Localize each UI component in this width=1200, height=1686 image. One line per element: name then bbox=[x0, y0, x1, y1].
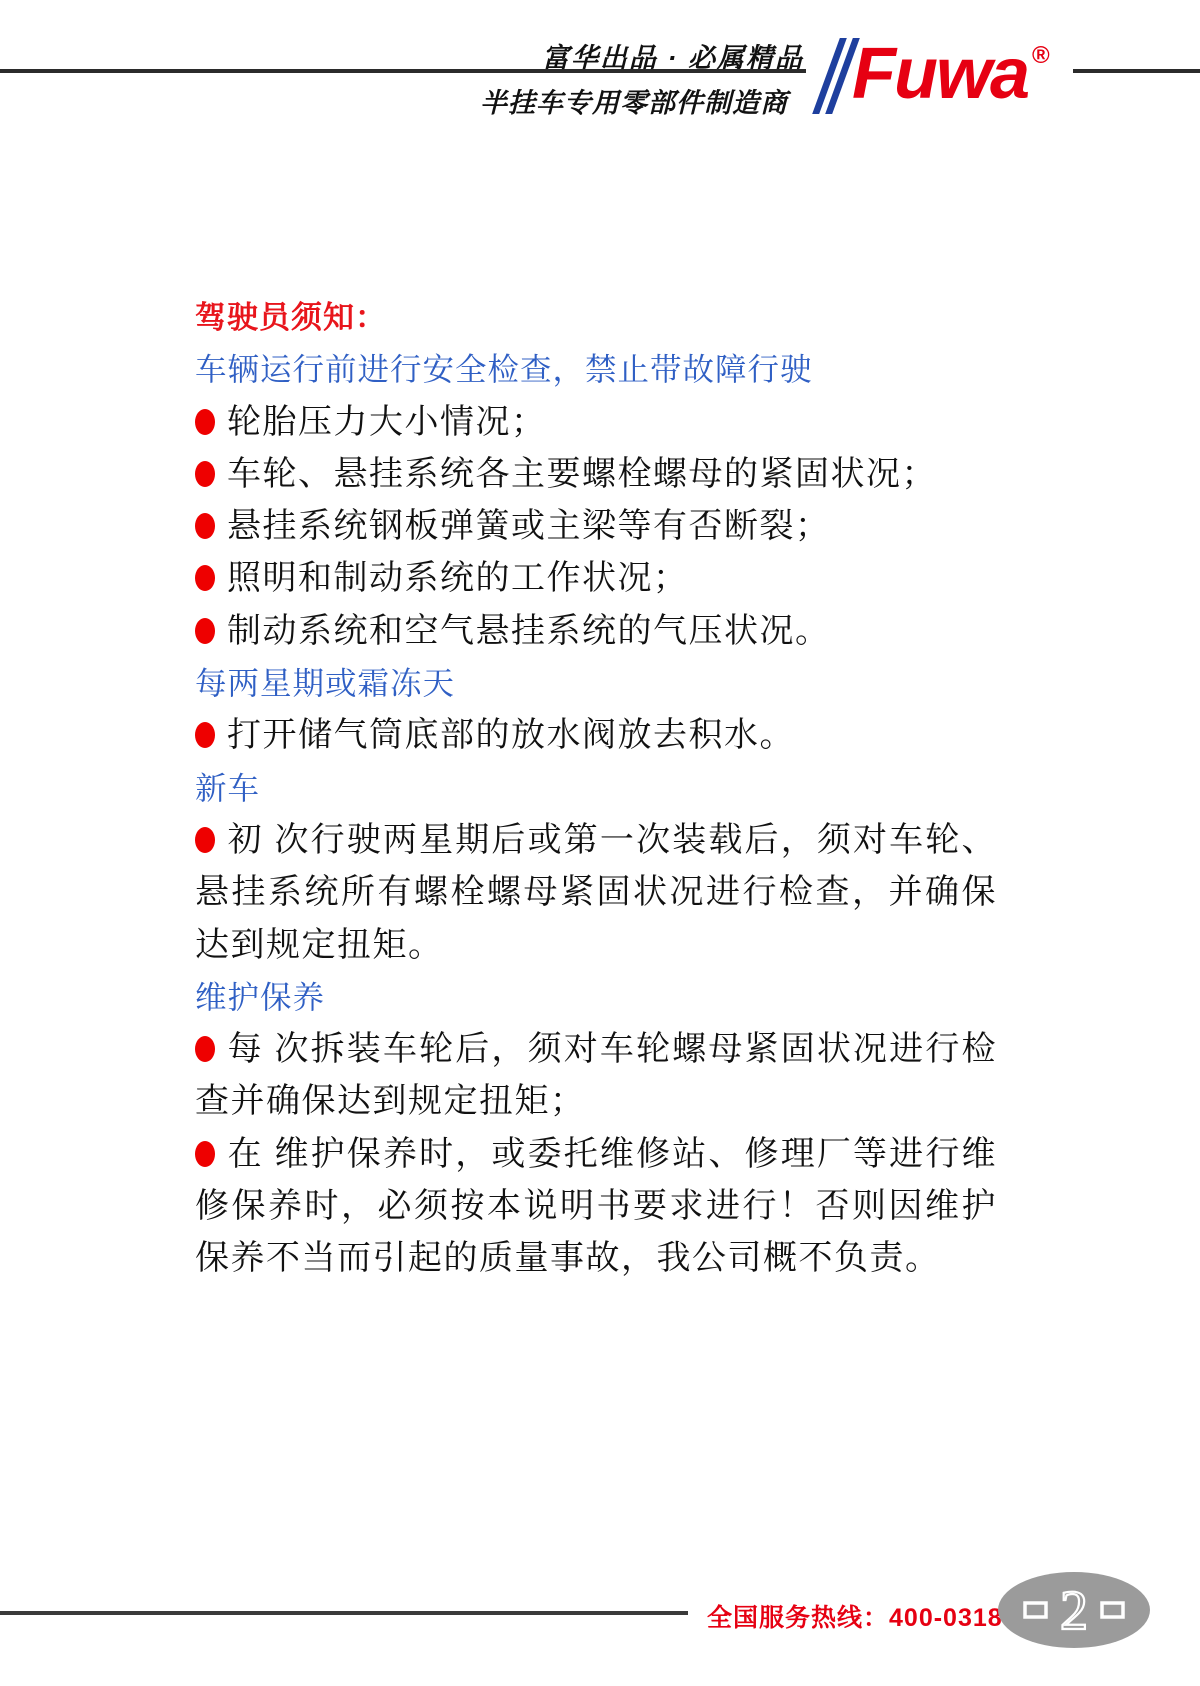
bullet-icon bbox=[195, 1141, 215, 1167]
list-item: 轮胎压力大小情况； bbox=[195, 397, 997, 449]
list-item-text: 轮胎压力大小情况； bbox=[227, 404, 547, 441]
list-item: 每 次拆装车轮后，须对车轮螺母紧固状况进行检查并确保达到规定扭矩； bbox=[195, 1024, 997, 1129]
list-item: 打开储气筒底部的放水阀放去积水。 bbox=[195, 710, 997, 762]
header-tagline-bottom: 半挂车专用零部件制造商 bbox=[480, 81, 788, 120]
list-item-text: 制动系统和空气悬挂系统的气压状况。 bbox=[227, 613, 831, 650]
notice-subtitle: 车辆运行前进行安全检查，禁止带故障行驶 bbox=[195, 344, 997, 396]
bullet-icon bbox=[195, 618, 215, 644]
list-item: 车轮、悬挂系统各主要螺栓螺母的紧固状况； bbox=[195, 449, 997, 501]
header-rule-right bbox=[1073, 69, 1200, 73]
bullet-icon bbox=[195, 827, 215, 853]
list-item-text: 照明和制动系统的工作状况； bbox=[227, 560, 689, 597]
bullet-icon bbox=[195, 513, 215, 539]
list-item: 在 维护保养时，或委托维修站、修理厂等进行维修保养时，必须按本说明书要求进行！否… bbox=[195, 1129, 997, 1286]
list-item-text: 在 维护保养时，或委托维修站、修理厂等进行维修保养时，必须按本说明书要求进行！否… bbox=[195, 1136, 997, 1278]
header-rule-left bbox=[0, 69, 806, 73]
list-item: 初 次行驶两星期后或第一次装载后，须对车轮、悬挂系统所有螺栓螺母紧固状况进行检查… bbox=[195, 815, 997, 972]
list-item: 照明和制动系统的工作状况； bbox=[195, 553, 997, 605]
footer-rule bbox=[0, 1611, 688, 1615]
driver-notice-section: 驾驶员须知： 车辆运行前进行安全检查，禁止带故障行驶 轮胎压力大小情况； 车轮、… bbox=[195, 292, 997, 1286]
list-item-text: 悬挂系统钢板弹簧或主梁等有否断裂； bbox=[227, 508, 831, 545]
section-heading-new-vehicle: 新车 bbox=[195, 763, 997, 815]
bullet-icon bbox=[195, 1036, 215, 1062]
list-item-text: 每 次拆装车轮后，须对车轮螺母紧固状况进行检查并确保达到规定扭矩； bbox=[195, 1031, 997, 1120]
page-number: 2 bbox=[1060, 1580, 1088, 1642]
list-item: 制动系统和空气悬挂系统的气压状况。 bbox=[195, 606, 997, 658]
section-heading-maintenance: 维护保养 bbox=[195, 972, 997, 1024]
list-item-text: 车轮、悬挂系统各主要螺栓螺母的紧固状况； bbox=[227, 456, 937, 493]
section-heading-biweekly: 每两星期或霜冻天 bbox=[195, 658, 997, 710]
logo-wordmark: Fuwa bbox=[852, 34, 1028, 114]
page-number-badge: 2 bbox=[998, 1572, 1150, 1648]
list-item-text: 初 次行驶两星期后或第一次装载后，须对车轮、悬挂系统所有螺栓螺母紧固状况进行检查… bbox=[195, 822, 997, 964]
registered-trademark-icon: ® bbox=[1032, 42, 1050, 70]
list-item: 悬挂系统钢板弹簧或主梁等有否断裂； bbox=[195, 501, 997, 553]
bullet-icon bbox=[195, 409, 215, 435]
list-item-text: 打开储气筒底部的放水阀放去积水。 bbox=[227, 717, 795, 754]
bullet-icon bbox=[195, 461, 215, 487]
page-title: 驾驶员须知： bbox=[195, 292, 997, 344]
hotline-label: 全国服务热线： bbox=[707, 1604, 889, 1632]
fuwa-logo: Fuwa ® bbox=[826, 34, 1050, 118]
bullet-icon bbox=[195, 565, 215, 591]
bullet-icon bbox=[195, 722, 215, 748]
